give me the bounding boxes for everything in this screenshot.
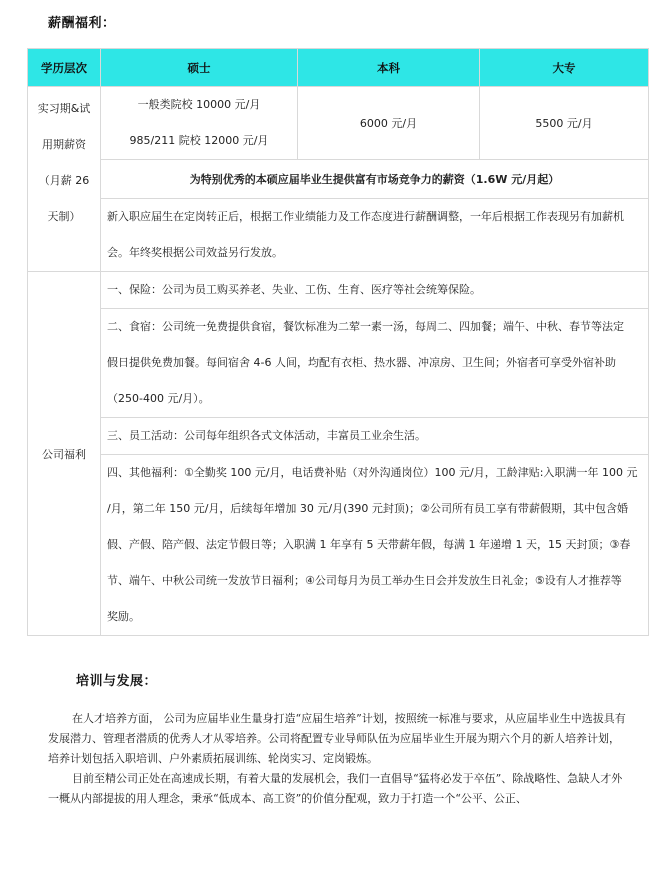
benefit-line: 四、其他福利：①全勤奖 100 元/月，电话费补贴（对外沟通岗位）100 元/月…	[107, 455, 644, 491]
table-header-row: 学历层次 硕士 本科 大专	[28, 49, 649, 87]
benefit-line: 一、保险：公司为员工购买养老、失业、工伤、生育、医疗等社会统筹保险。	[107, 272, 644, 308]
training-paragraph: 在人才培养方面， 公司为应届毕业生量身打造“应届生培养”计划，按照统一标准与要求…	[48, 709, 630, 769]
adjustment-line: 会。年终奖根据公司效益另行发放。	[107, 235, 644, 271]
salary-label-line: 天制）	[28, 199, 100, 235]
adjustment-line: 新入职应届生在定岗转正后，根据工作业绩能力及工作态度进行薪酬调整，一年后根据工作…	[107, 199, 644, 235]
table-row-benefit-4: 四、其他福利：①全勤奖 100 元/月，电话费补贴（对外沟通岗位）100 元/月…	[28, 455, 649, 636]
table-row-salary: 实习期&试 用期薪资 （月薪 26 天制） 一般类院校 10000 元/月 98…	[28, 87, 649, 160]
benefit-line: 节、端午、中秋公司统一发放节日福利；④公司每月为员工举办生日会并发放生日礼金；⑤…	[107, 563, 644, 599]
development-paragraph: 目前至精公司正处在高速成长期，有着大量的发展机会，我们一直倡导“猛将必发于卒伍”…	[48, 769, 630, 809]
table-row-benefit-3: 三、员工活动：公司每年组织各式文体活动，丰富员工业余生活。	[28, 418, 649, 455]
benefit-line: 假日提供免费加餐。每间宿舍 4-6 人间，均配有衣柜、热水器、冲凉房、卫生间；外…	[107, 345, 644, 381]
table-row-adjustment: 新入职应届生在定岗转正后，根据工作业绩能力及工作态度进行薪酬调整，一年后根据工作…	[28, 199, 649, 272]
salary-label-line: 用期薪资	[28, 127, 100, 163]
section-title-salary: 薪酬福利：	[48, 12, 116, 31]
benefit-activities-cell: 三、员工活动：公司每年组织各式文体活动，丰富员工业余生活。	[101, 418, 649, 455]
benefits-label-cell: 公司福利	[28, 272, 101, 636]
table-row-benefit-2: 二、食宿：公司统一免费提供食宿，餐饮标准为二荤一素一汤，每周二、四加餐；端午、中…	[28, 309, 649, 418]
section-title-training: 培训与发展：	[76, 670, 157, 689]
salary-label-line: 实习期&试	[28, 91, 100, 127]
benefit-line: 奖励。	[107, 599, 644, 635]
salary-benefits-table: 学历层次 硕士 本科 大专 实习期&试 用期薪资 （月薪 26 天制） 一般类院…	[27, 48, 649, 636]
college-salary-cell: 5500 元/月	[480, 87, 649, 160]
benefit-line: /月，第二年 150 元/月，后续每年增加 30 元/月(390 元封顶)；②公…	[107, 491, 644, 527]
benefit-other-cell: 四、其他福利：①全勤奖 100 元/月，电话费补贴（对外沟通岗位）100 元/月…	[101, 455, 649, 636]
master-salary-985-211: 985/211 院校 12000 元/月	[101, 123, 297, 159]
benefit-line: 二、食宿：公司统一免费提供食宿，餐饮标准为二荤一素一汤，每周二、四加餐；端午、中…	[107, 309, 644, 345]
highlight-salary-cell: 为特别优秀的本硕应届毕业生提供富有市场竞争力的薪资（1.6W 元/月起）	[101, 160, 649, 199]
benefit-line: 假、产假、陪产假、法定节假日等；入职满 1 年享有 5 天带薪年假，每满 1 年…	[107, 527, 644, 563]
salary-adjustment-cell: 新入职应届生在定岗转正后，根据工作业绩能力及工作态度进行薪酬调整，一年后根据工作…	[101, 199, 649, 272]
table-row-highlight: 为特别优秀的本硕应届毕业生提供富有市场竞争力的薪资（1.6W 元/月起）	[28, 160, 649, 199]
salary-label-line: （月薪 26	[28, 163, 100, 199]
header-master: 硕士	[101, 49, 298, 87]
bachelor-salary-cell: 6000 元/月	[298, 87, 480, 160]
table-row-benefit-1: 公司福利 一、保险：公司为员工购买养老、失业、工伤、生育、医疗等社会统筹保险。	[28, 272, 649, 309]
header-education-level: 学历层次	[28, 49, 101, 87]
benefit-line: （250-400 元/月）。	[107, 381, 644, 417]
master-salary-cell: 一般类院校 10000 元/月 985/211 院校 12000 元/月	[101, 87, 298, 160]
benefit-line: 三、员工活动：公司每年组织各式文体活动，丰富员工业余生活。	[107, 418, 644, 454]
salary-label-cell: 实习期&试 用期薪资 （月薪 26 天制）	[28, 87, 101, 272]
benefit-housing-cell: 二、食宿：公司统一免费提供食宿，餐饮标准为二荤一素一汤，每周二、四加餐；端午、中…	[101, 309, 649, 418]
header-bachelor: 本科	[298, 49, 480, 87]
benefit-insurance-cell: 一、保险：公司为员工购买养老、失业、工伤、生育、医疗等社会统筹保险。	[101, 272, 649, 309]
header-college: 大专	[480, 49, 649, 87]
master-salary-general: 一般类院校 10000 元/月	[101, 87, 297, 123]
